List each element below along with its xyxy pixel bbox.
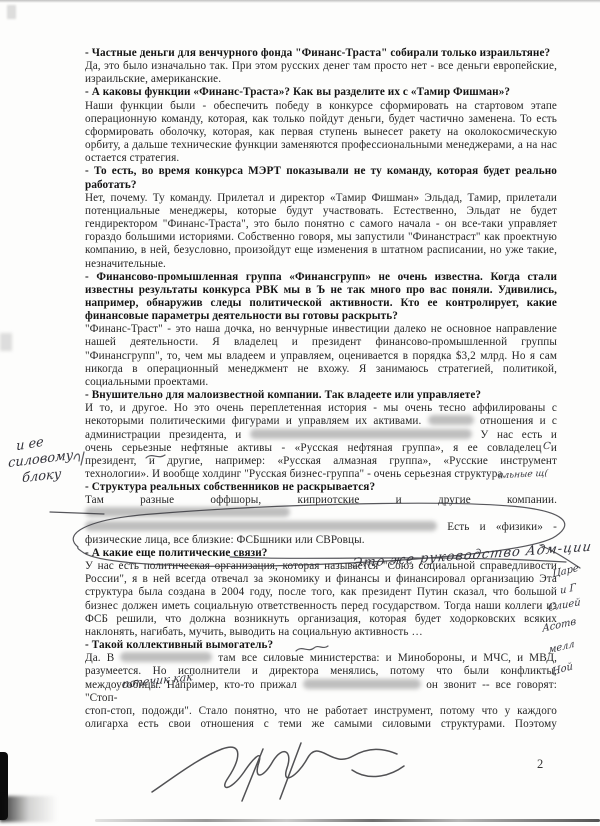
- text-run: администрации президента, и: [85, 429, 250, 441]
- text-run: Там разные оффшоры, киприотские и другие…: [85, 494, 557, 506]
- text-run: очень серьезные нефтяные активы - «Русск…: [85, 442, 557, 454]
- signature: [280, 743, 301, 799]
- interview-question: - Структура реальных собственников не ра…: [85, 481, 557, 494]
- scan-speck: [0, 333, 12, 351]
- text-run: стоп-стоп, подожди". Стало понятно, что …: [85, 705, 557, 717]
- handwritten-left-margin-note: и ее: [16, 435, 44, 455]
- redaction-smudge: [85, 507, 290, 517]
- document-line: очень серьезные нефтяные активы - «Русск…: [85, 442, 557, 455]
- handwritten-left-margin-note: силовому: [8, 448, 73, 471]
- scribble: [74, 452, 84, 465]
- interview-question: - Финансово-промышленная группа «Финансг…: [85, 271, 557, 324]
- interview-answer: Нет, почему. Ту команду. Прилетал и дире…: [85, 192, 557, 271]
- text-run: И то, и другое. Но это очень переплетенн…: [85, 402, 557, 414]
- text-run: отношения и с: [474, 415, 557, 427]
- document-line: физические лица, все близкие: ФСБшники и…: [85, 534, 557, 547]
- scan-edge-bottom-line: [95, 819, 600, 822]
- document-line: Да. В там все силовые министерства: и Ми…: [85, 652, 557, 665]
- scan-edge-top: [0, 0, 600, 3]
- handwritten-left-margin-note: блоку: [22, 467, 62, 486]
- document-line: технологии». И вообще холдинг "Русская б…: [85, 468, 557, 481]
- signature: [352, 766, 404, 777]
- signature: [152, 747, 397, 792]
- document-line: администрации президента, и У нас есть и: [85, 429, 557, 442]
- document-line: разумеется. Но исполнители и директора м…: [85, 665, 557, 678]
- document-line: И то, и другое. Но это очень переплетенн…: [85, 402, 557, 415]
- document-line: Там разные оффшоры, киприотские и другие…: [85, 494, 557, 520]
- text-run: Есть и «физики» -: [437, 521, 557, 533]
- document-body: - Частные деньги для венчурного фонда "Ф…: [85, 47, 557, 731]
- text-run: там все силовые министерства: и Миноборо…: [212, 652, 557, 664]
- interview-question: - Внушительно для малоизвестной компании…: [85, 389, 557, 402]
- interview-question: - Такой коллективный вымогатель?: [85, 639, 557, 652]
- redaction-smudge: [303, 679, 421, 689]
- redaction-smudge: [120, 652, 212, 662]
- text-run: физические лица, все близкие: ФСБшники и…: [85, 534, 365, 546]
- scan-speck: [7, 5, 16, 19]
- text-run: олигарха есть свои отношения с теми же с…: [85, 718, 557, 730]
- document-line: президент, и другие, например: «Русская …: [85, 455, 557, 468]
- scan-edge-smear: [0, 796, 58, 822]
- interview-question: - А какие еще политические связи?: [85, 547, 557, 560]
- interview-question: - То есть, во время конкурса МЭРТ показы…: [85, 165, 557, 191]
- redaction-smudge: [428, 415, 474, 425]
- interview-question: - А каковы функции «Финанс-Траста»? Как …: [85, 86, 557, 99]
- scanned-document-page: - Частные деньги для венчурного фонда "Ф…: [0, 0, 600, 826]
- page-number: 2: [537, 757, 543, 772]
- text-run: технологии». И вообще холдинг "Русская б…: [85, 468, 505, 480]
- text-run: Да. В: [85, 652, 120, 664]
- handwritten-right-margin-note: и Г: [560, 582, 576, 597]
- document-line: стоп-стоп, подожди". Стало понятно, что …: [85, 705, 557, 718]
- text-run: У нас есть и: [472, 429, 557, 441]
- interview-answer: Наши функции были - обеспечить победу в …: [85, 100, 557, 166]
- document-line: междоусобицы. Например, кто-то прижал он…: [85, 679, 557, 705]
- redaction-smudge: [85, 521, 437, 531]
- text-run: междоусобицы. Например, кто-то прижал: [85, 679, 303, 691]
- document-line: олигарха есть свои отношения с теми же с…: [85, 718, 557, 731]
- signature: [242, 749, 263, 801]
- text-run: президент, и другие, например: «Русская …: [85, 455, 557, 467]
- interview-question: - Частные деньги для венчурного фонда "Ф…: [85, 47, 557, 60]
- document-line: Есть и «физики» -: [85, 521, 557, 534]
- interview-answer: "Финанс-Траст" - это наша дочка, но венч…: [85, 323, 557, 389]
- document-line: некоторыми политическими фигурами и упра…: [85, 415, 557, 428]
- interview-answer: Да, это было изначально так. При этом ру…: [85, 60, 557, 86]
- interview-answer: У нас есть политическая организация, кот…: [85, 560, 557, 639]
- redaction-smudge: [250, 429, 472, 439]
- text-run: разумеется. Но исполнители и директора м…: [85, 665, 557, 677]
- text-run: некоторыми политическими фигурами и упра…: [85, 415, 428, 427]
